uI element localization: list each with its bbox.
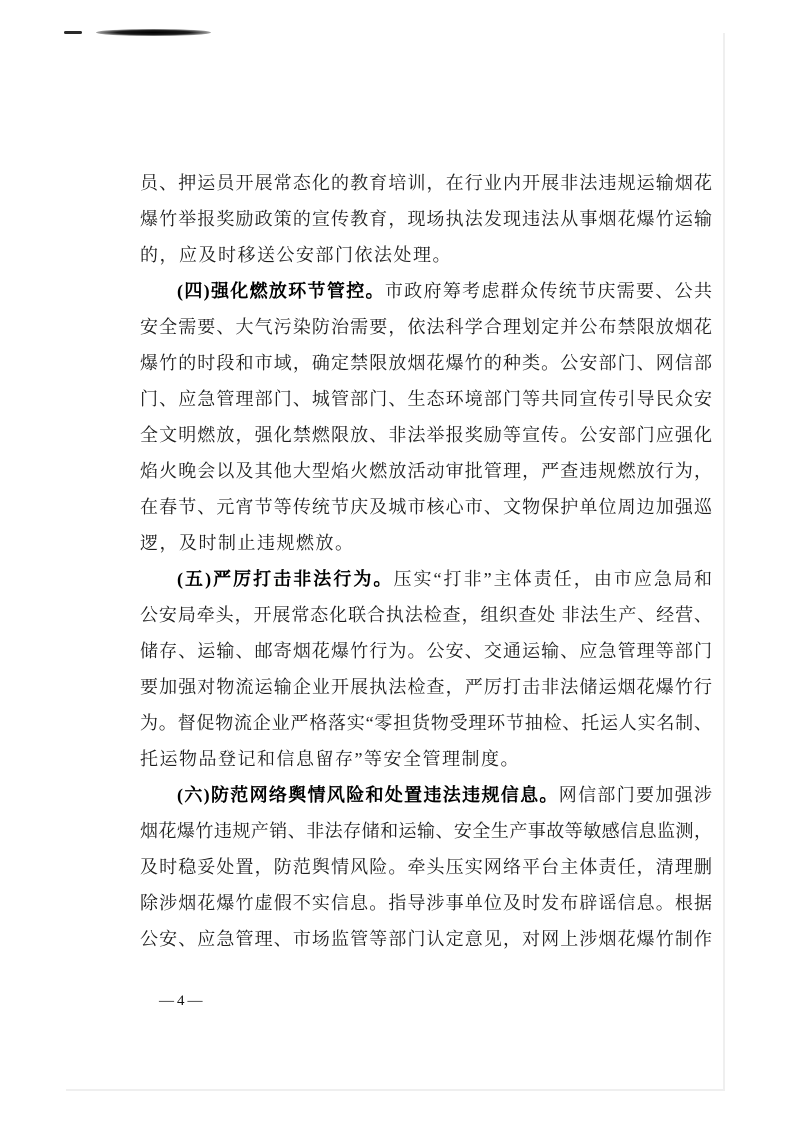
text-line: 储存、运输、邮寄烟花爆竹行为。公安、交通运输、应急管理等部门: [140, 633, 712, 669]
line-text: 网信部门要加强涉: [559, 785, 712, 805]
text-line: 全文明燃放，强化禁燃限放、非法举报奖励等宣传。公安部门应强化: [140, 417, 712, 453]
line-text: 安全需要、大气污染防治需要，依法科学合理划定并公布禁限放烟花: [140, 317, 712, 337]
text-line: 安全需要、大气污染防治需要，依法科学合理划定并公布禁限放烟花: [140, 309, 712, 345]
page-number: —4—: [159, 990, 206, 1012]
line-text: 门、应急管理部门、城管部门、生态环境部门等共同宣传引导民众安: [140, 389, 712, 409]
text-line: 为。督促物流企业严格落实“零担货物受理环节抽检、托运人实名制、: [140, 705, 712, 741]
text-line: 托运物品登记和信息留存”等安全管理制度。: [140, 741, 712, 777]
text-line: 及时稳妥处置，防范舆情风险。牵头压实网络平台主体责任，清理删: [140, 849, 712, 885]
text-line: 公安、应急管理、市场监管等部门认定意见，对网上涉烟花爆竹制作: [140, 921, 712, 957]
line-text: 公安、应急管理、市场监管等部门认定意见，对网上涉烟花爆竹制作: [140, 929, 712, 949]
line-text: 压实“打非”主体责任，由市应急局和: [393, 569, 712, 589]
text-line: 公安局牵头，开展常态化联合执法检查，组织查处 非法生产、经营、: [140, 597, 712, 633]
text-line: 逻，及时制止违规燃放。: [140, 525, 712, 561]
line-text: 市政府筹考虑群众传统节庆需要、公共: [385, 281, 712, 301]
line-text: 为。督促物流企业严格落实“零担货物受理环节抽检、托运人实名制、: [140, 713, 712, 733]
text-line: (六)防范网络舆情风险和处置违法违规信息。网信部门要加强涉: [140, 777, 712, 813]
line-text: 全文明燃放，强化禁燃限放、非法举报奖励等宣传。公安部门应强化: [140, 425, 712, 445]
text-line: 爆竹的时段和市域，确定禁限放烟花爆竹的种类。公安部门、网信部: [140, 345, 712, 381]
section-4-heading: (四)强化燃放环节管控。: [177, 281, 385, 301]
line-text: 及时稳妥处置，防范舆情风险。牵头压实网络平台主体责任，清理删: [140, 857, 712, 877]
line-text: 烟花爆竹违规产销、非法存储和运输、安全生产事故等敏感信息监测，: [140, 821, 712, 841]
line-text: 焰火晚会以及其他大型焰火燃放活动审批管理，严查违规燃放行为，: [140, 461, 712, 481]
scan-smudge-small: [64, 31, 82, 34]
text-line: 的，应及时移送公安部门依法处理。: [140, 237, 712, 273]
line-text: 除涉烟花爆竹虚假不实信息。指导涉事单位及时发布辟谣信息。根据: [140, 893, 712, 913]
scan-smudge-large: [96, 29, 211, 36]
section-6-heading: (六)防范网络舆情风险和处置违法违规信息。: [177, 785, 559, 805]
text-line: 除涉烟花爆竹虚假不实信息。指导涉事单位及时发布辟谣信息。根据: [140, 885, 712, 921]
text-line: (五)严厉打击非法行为。压实“打非”主体责任，由市应急局和: [140, 561, 712, 597]
line-text: 逻，及时制止违规燃放。: [140, 533, 355, 553]
line-text: 爆竹举报奖励政策的宣传教育，现场执法发现违法从事烟花爆竹运输: [140, 209, 712, 229]
line-text: 储存、运输、邮寄烟花爆竹行为。公安、交通运输、应急管理等部门: [140, 641, 712, 661]
line-text: 爆竹的时段和市域，确定禁限放烟花爆竹的种类。公安部门、网信部: [140, 353, 712, 373]
line-text: 的，应及时移送公安部门依法处理。: [140, 245, 452, 265]
line-text: 要加强对物流运输企业开展执法检查，严厉打击非法储运烟花爆竹行: [140, 677, 712, 697]
section-5-heading: (五)严厉打击非法行为。: [177, 569, 393, 589]
text-line: 烟花爆竹违规产销、非法存储和运输、安全生产事故等敏感信息监测，: [140, 813, 712, 849]
text-line: 员、押运员开展常态化的教育培训，在行业内开展非法违规运输烟花: [140, 165, 712, 201]
line-text: 公安局牵头，开展常态化联合执法检查，组织查处 非法生产、经营、: [140, 605, 712, 625]
text-line: (四)强化燃放环节管控。市政府筹考虑群众传统节庆需要、公共: [140, 273, 712, 309]
line-text: 员、押运员开展常态化的教育培训，在行业内开展非法违规运输烟花: [140, 173, 712, 193]
line-text: 托运物品登记和信息留存”等安全管理制度。: [140, 749, 520, 769]
scanned-document-page: 员、押运员开展常态化的教育培训，在行业内开展非法违规运输烟花 爆竹举报奖励政策的…: [0, 0, 793, 1122]
text-line: 焰火晚会以及其他大型焰火燃放活动审批管理，严查违规燃放行为，: [140, 453, 712, 489]
text-line: 爆竹举报奖励政策的宣传教育，现场执法发现违法从事烟花爆竹运输: [140, 201, 712, 237]
page-edge-bottom: [66, 1089, 725, 1091]
document-text-block: 员、押运员开展常态化的教育培训，在行业内开展非法违规运输烟花 爆竹举报奖励政策的…: [140, 165, 712, 957]
text-line: 要加强对物流运输企业开展执法检查，严厉打击非法储运烟花爆竹行: [140, 669, 712, 705]
text-line: 在春节、元宵节等传统节庆及城市核心市、文物保护单位周边加强巡: [140, 489, 712, 525]
line-text: 在春节、元宵节等传统节庆及城市核心市、文物保护单位周边加强巡: [140, 497, 712, 517]
page-edge-right: [723, 33, 725, 1090]
text-line: 门、应急管理部门、城管部门、生态环境部门等共同宣传引导民众安: [140, 381, 712, 417]
